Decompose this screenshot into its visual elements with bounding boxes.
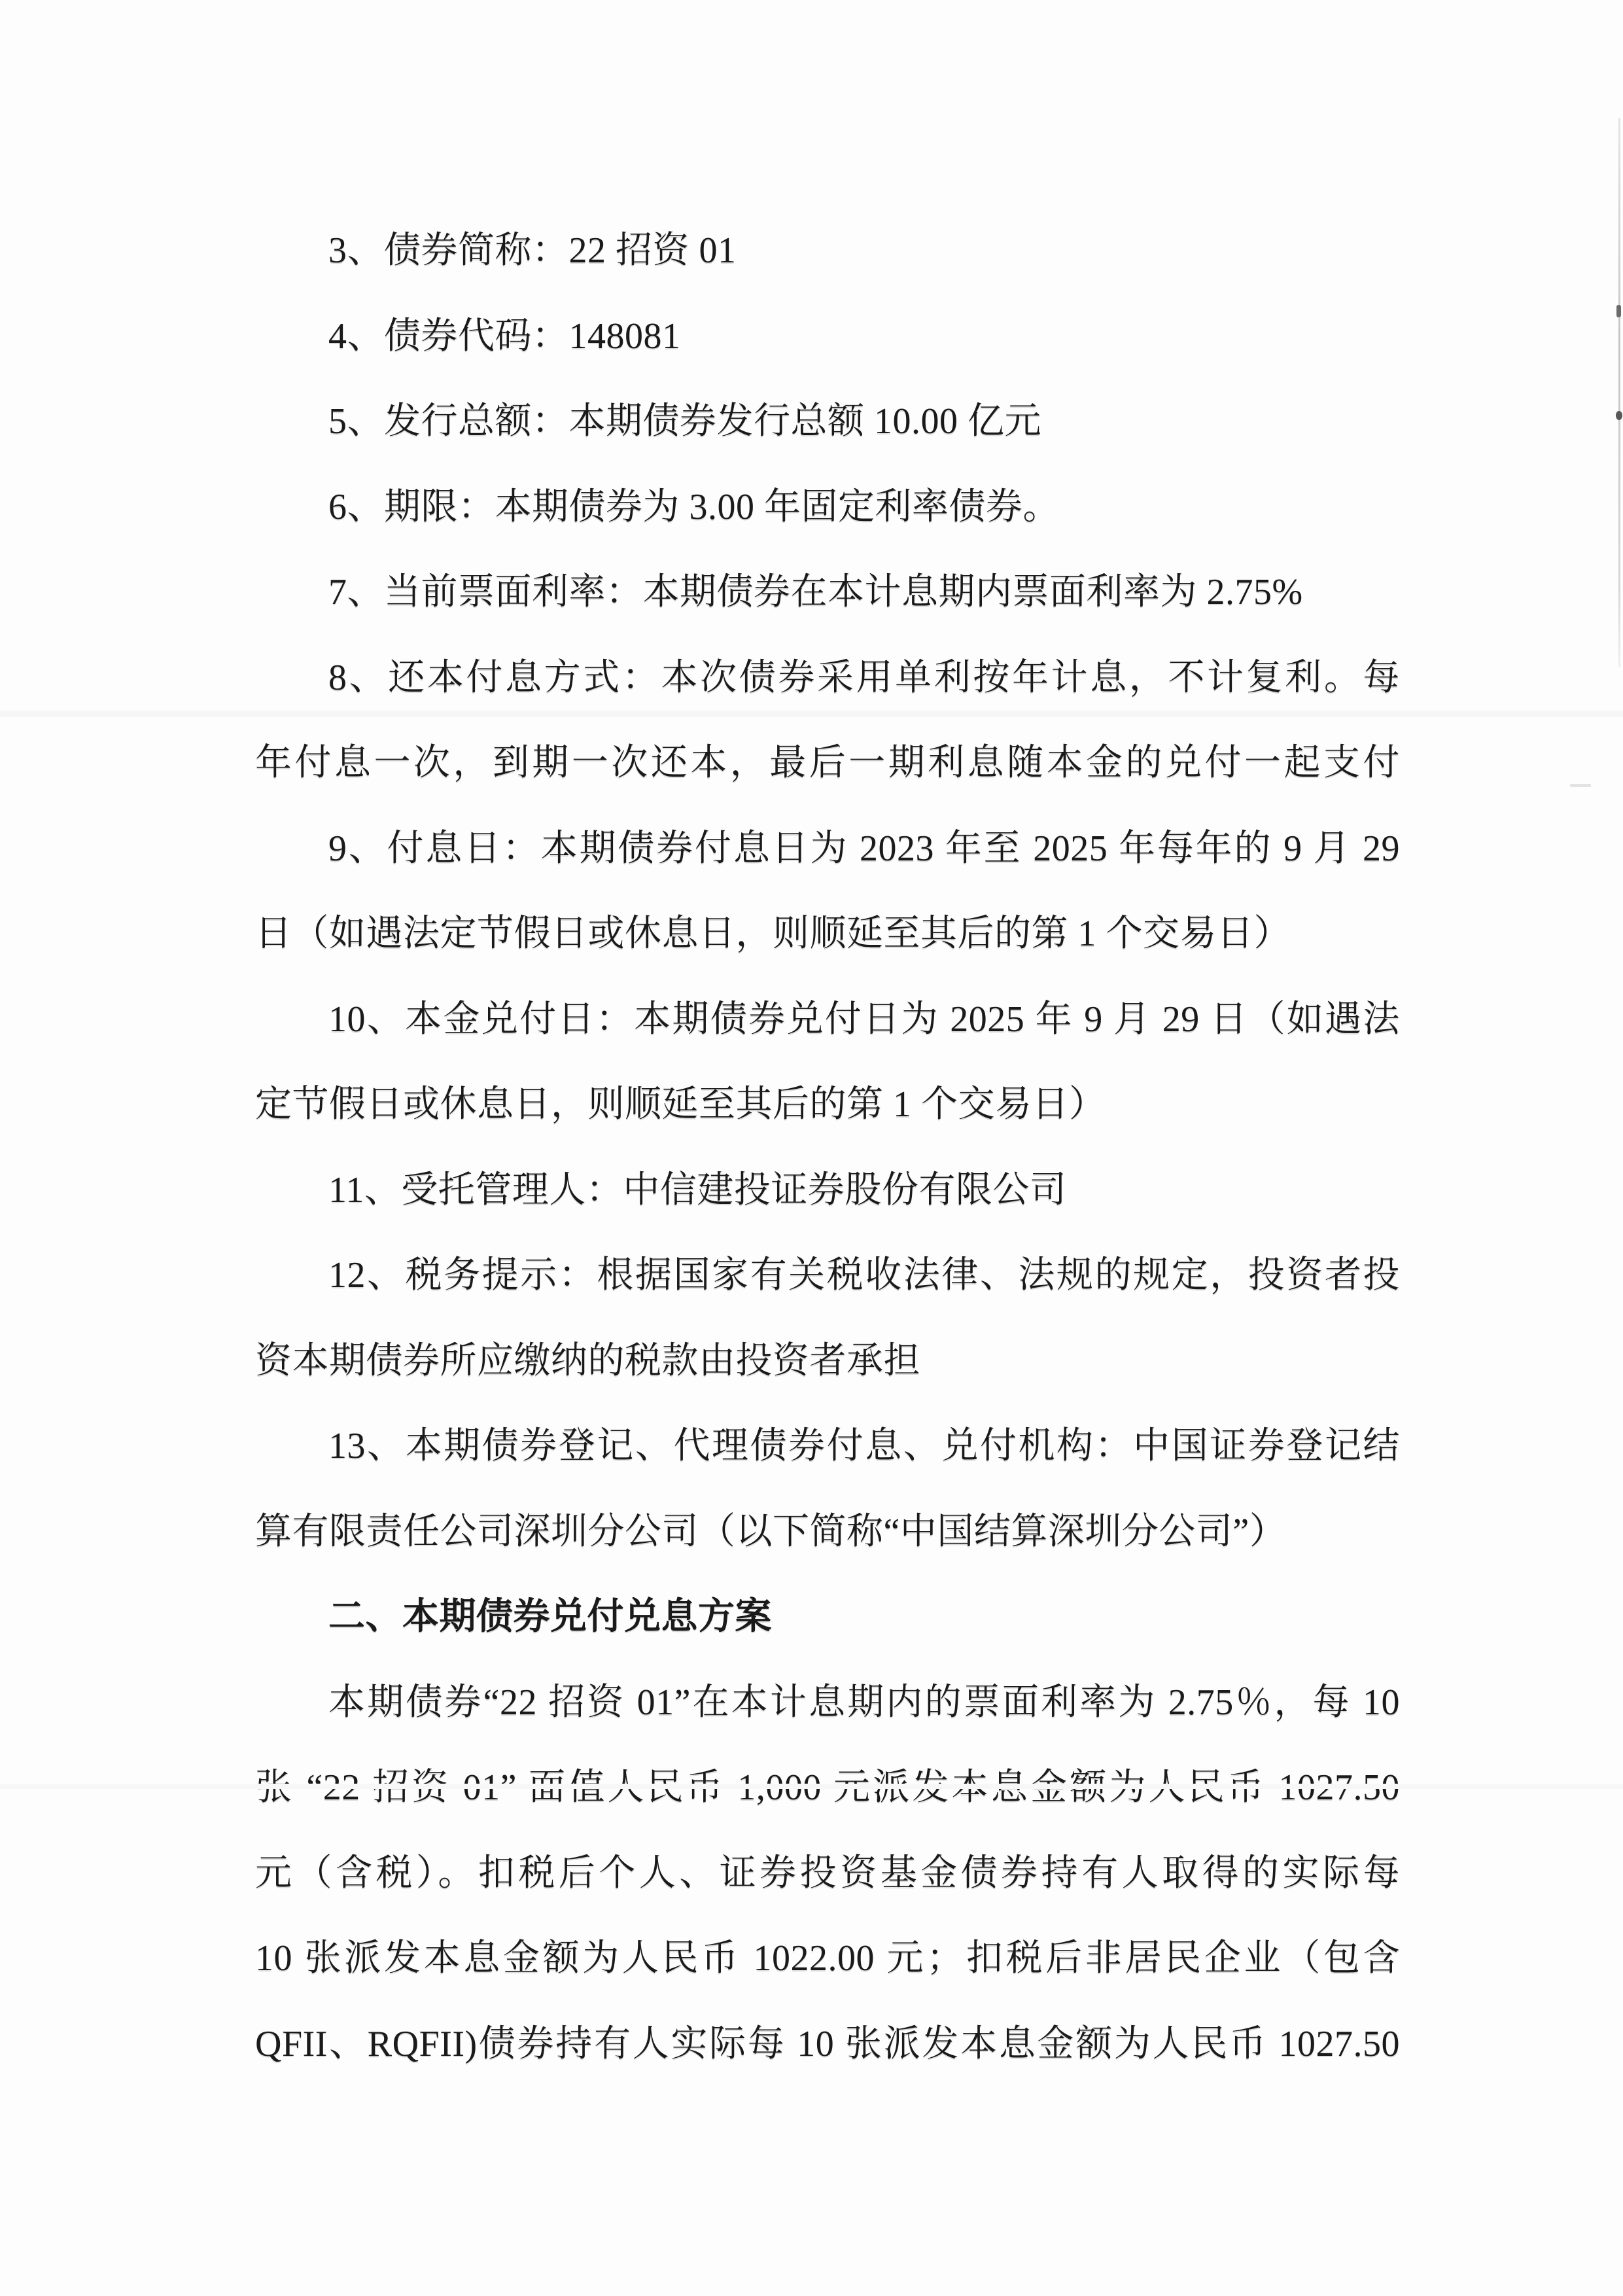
text-line: 13、本期债券登记、代理债券付息、兑付机构：中国证券登记结: [255, 1404, 1400, 1489]
text-line: 6、期限：本期债券为 3.00 年固定利率债券。: [255, 465, 1400, 550]
text-line: 8、还本付息方式：本次债券采用单利按年计息，不计复利。每: [255, 635, 1400, 721]
text-block: 3、债券简称：22 招资 014、债券代码：1480815、发行总额：本期债券发…: [255, 0, 1400, 2087]
text-line: 10、本金兑付日：本期债券兑付日为 2025 年 9 月 29 日（如遇法: [255, 977, 1400, 1063]
scan-smudge-artifact: [1570, 784, 1591, 787]
text-line: 资本期债券所应缴纳的税款由投资者承担: [255, 1318, 1400, 1404]
scan-band-artifact: [0, 711, 1623, 717]
text-line: 日（如遇法定节假日或休息日，则顺延至其后的第 1 个交易日）: [255, 891, 1400, 977]
text-line: 定节假日或休息日，则顺延至其后的第 1 个交易日）: [255, 1062, 1400, 1148]
section-heading-line: 二、本期债券兑付兑息方案: [255, 1574, 1400, 1660]
text-line: 3、债券简称：22 招资 01: [255, 208, 1400, 294]
text-line: 7、当前票面利率：本期债券在本计息期内票面利率为 2.75%: [255, 550, 1400, 635]
text-line: 算有限责任公司深圳分公司（以下简称“中国结算深圳分公司”）: [255, 1489, 1400, 1575]
text-line: QFII、RQFII)债券持有人实际每 10 张派发本息金额为人民币 1027.…: [255, 2002, 1400, 2087]
scan-edge-line-artifact: [1618, 118, 1620, 667]
text-line: 10 张派发本息金额为人民币 1022.00 元；扣税后非居民企业（包含: [255, 1916, 1400, 2002]
text-line: 9、付息日：本期债券付息日为 2023 年至 2025 年每年的 9 月 29: [255, 806, 1400, 892]
scan-edge-dot-artifact: [1616, 411, 1622, 420]
text-line: 12、税务提示：根据国家有关税收法律、法规的规定，投资者投: [255, 1233, 1400, 1318]
text-line: 4、债券代码：148081: [255, 294, 1400, 380]
text-line: 年付息一次，到期一次还本，最后一期利息随本金的兑付一起支付: [255, 720, 1400, 806]
document-page: 3、债券简称：22 招资 014、债券代码：1480815、发行总额：本期债券发…: [0, 0, 1623, 2296]
text-line: 5、发行总额：本期债券发行总额 10.00 亿元: [255, 379, 1400, 465]
scan-band-artifact: [0, 1784, 1623, 1789]
text-line: 11、受托管理人：中信建投证券股份有限公司: [255, 1148, 1400, 1233]
text-line: 元（含税）。扣税后个人、证券投资基金债券持有人取得的实际每: [255, 1831, 1400, 1916]
scan-edge-dash-artifact: [1616, 305, 1621, 317]
text-line: 本期债券“22 招资 01”在本计息期内的票面利率为 2.75％，每 10: [255, 1660, 1400, 1746]
